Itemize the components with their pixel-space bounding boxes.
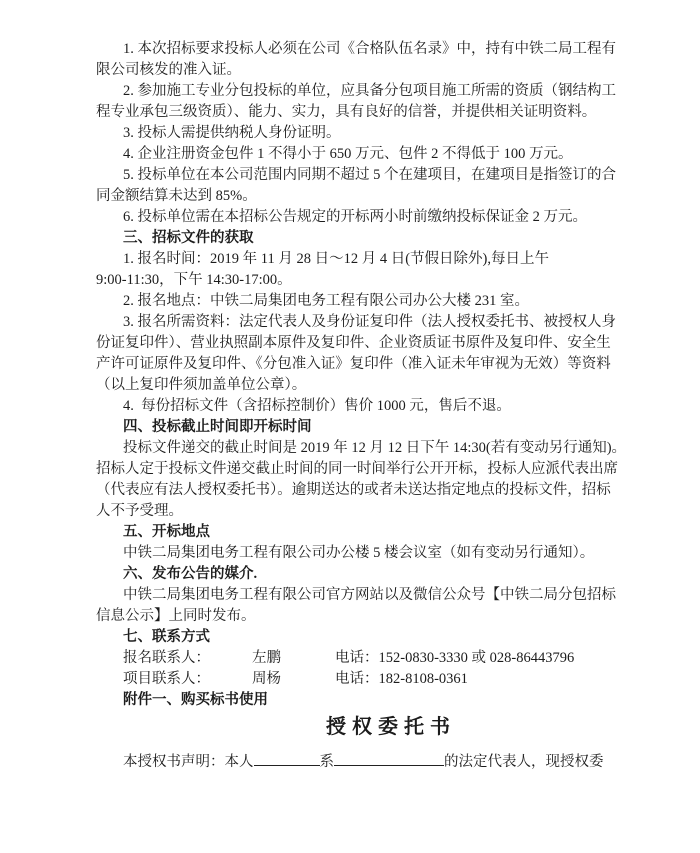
text-line: 份证复印件）、营业执照副本原件及复印件、企业资质证书原件及复印件、安全生 bbox=[96, 333, 700, 354]
text-line: （代表应有法人授权委托书）。逾期送达的或者未送达指定地点的投标文件，招标 bbox=[96, 480, 700, 501]
text-line: 9:00-11:30，下午 14:30-17:00。 bbox=[96, 270, 700, 291]
text-line: 2. 参加施工专业分包投标的单位，应具备分包项目施工所需的资质（钢结构工 bbox=[96, 81, 700, 102]
text-line: 5. 投标单位在本公司范围内同期不超过 5 个在建项目，在建项目是指签订的合 bbox=[96, 165, 700, 186]
text-line: 投标文件递交的截止时间是 2019 年 12 月 12 日下午 14:30(若有… bbox=[96, 438, 700, 459]
text-line: 程专业承包三级资质）、能力、实力，具有良好的信誉，并提供相关证明资料。 bbox=[96, 102, 700, 123]
section-heading: 三、招标文件的获取 bbox=[96, 228, 700, 249]
text-line: 限公司核发的准入证。 bbox=[96, 60, 700, 81]
text-line: 中铁二局集团电务工程有限公司官方网站以及微信公众号【中铁二局分包招标 bbox=[96, 585, 700, 606]
text-line: 1. 本次招标要求投标人必须在公司《合格队伍名录》中，持有中铁二局工程有 bbox=[96, 39, 700, 60]
section-heading: 五、开标地点 bbox=[96, 522, 700, 543]
contact-name: 左鹏 bbox=[252, 648, 335, 669]
authorization-title: 授权委托书 bbox=[96, 711, 686, 740]
text-line: 中铁二局集团电务工程有限公司办公楼 5 楼会议室（如有变动另行通知）。 bbox=[96, 543, 700, 564]
declaration-line: 本授权书声明：本人系的法定代表人，现授权委 bbox=[96, 752, 700, 773]
declaration-suffix: 的法定代表人，现授权委 bbox=[444, 754, 604, 770]
text-line: 2. 报名地点：中铁二局集团电务工程有限公司办公大楼 231 室。 bbox=[96, 291, 700, 312]
section-heading: 四、投标截止时间即开标时间 bbox=[96, 417, 700, 438]
contact-rows: 报名联系人：左鹏电话：152-0830-3330 或 028-86443796 … bbox=[96, 648, 700, 690]
contact-phone: 电话：152-0830-3330 或 028-86443796 bbox=[335, 650, 574, 666]
text-line: 人不予受理。 bbox=[96, 501, 700, 522]
text-line: （以上复印件须加盖单位公章）。 bbox=[96, 375, 700, 396]
section-heading: 六、发布公告的媒介. bbox=[96, 564, 700, 585]
text-line: 招标人定于投标文件递交截止时间的同一时间举行公开开标，投标人应派代表出席 bbox=[96, 459, 700, 480]
page: 1. 本次招标要求投标人必须在公司《合格队伍名录》中，持有中铁二局工程有限公司核… bbox=[0, 0, 700, 853]
text-line: 信息公示】上同时发布。 bbox=[96, 606, 700, 627]
blank-underline-2 bbox=[334, 763, 444, 766]
contact-label: 项目联系人： bbox=[123, 669, 252, 690]
text-line: 4. 企业注册资金包件 1 不得小于 650 万元、包件 2 不得低于 100 … bbox=[96, 144, 700, 165]
text-line: 3. 投标人需提供纳税人身份证明。 bbox=[96, 123, 700, 144]
contact-label: 报名联系人： bbox=[123, 648, 252, 669]
text-line: 6. 投标单位需在本招标公告规定的开标两小时前缴纳投标保证金 2 万元。 bbox=[96, 207, 700, 228]
text-line: 3. 报名所需资料：法定代表人及身份证复印件（法人授权委托书、被授权人身 bbox=[96, 312, 700, 333]
text-line: 产许可证原件及复印件、《分包准入证》复印件（准入证未年审视为无效）等资料 bbox=[96, 354, 700, 375]
section-heading: 七、联系方式 bbox=[96, 627, 700, 648]
attachment-heading: 附件一、购买标书使用 bbox=[96, 690, 700, 711]
contact-row: 项目联系人：周杨电话：182-8108-0361 bbox=[96, 669, 700, 690]
declaration-prefix: 本授权书声明：本人 bbox=[123, 754, 254, 770]
contact-name: 周杨 bbox=[252, 669, 335, 690]
blank-underline-1 bbox=[254, 763, 320, 766]
contact-row: 报名联系人：左鹏电话：152-0830-3330 或 028-86443796 bbox=[96, 648, 700, 669]
declaration-mid: 系 bbox=[320, 754, 335, 770]
text-line: 同金额结算未达到 85%。 bbox=[96, 186, 700, 207]
document-lines: 1. 本次招标要求投标人必须在公司《合格队伍名录》中，持有中铁二局工程有限公司核… bbox=[96, 39, 700, 648]
text-line: 1. 报名时间：2019 年 11 月 28 日～12 月 4 日(节假日除外)… bbox=[96, 249, 700, 270]
contact-phone: 电话：182-8108-0361 bbox=[335, 671, 468, 687]
text-line: 4. 每份招标文件（含招标控制价）售价 1000 元，售后不退。 bbox=[96, 396, 700, 417]
